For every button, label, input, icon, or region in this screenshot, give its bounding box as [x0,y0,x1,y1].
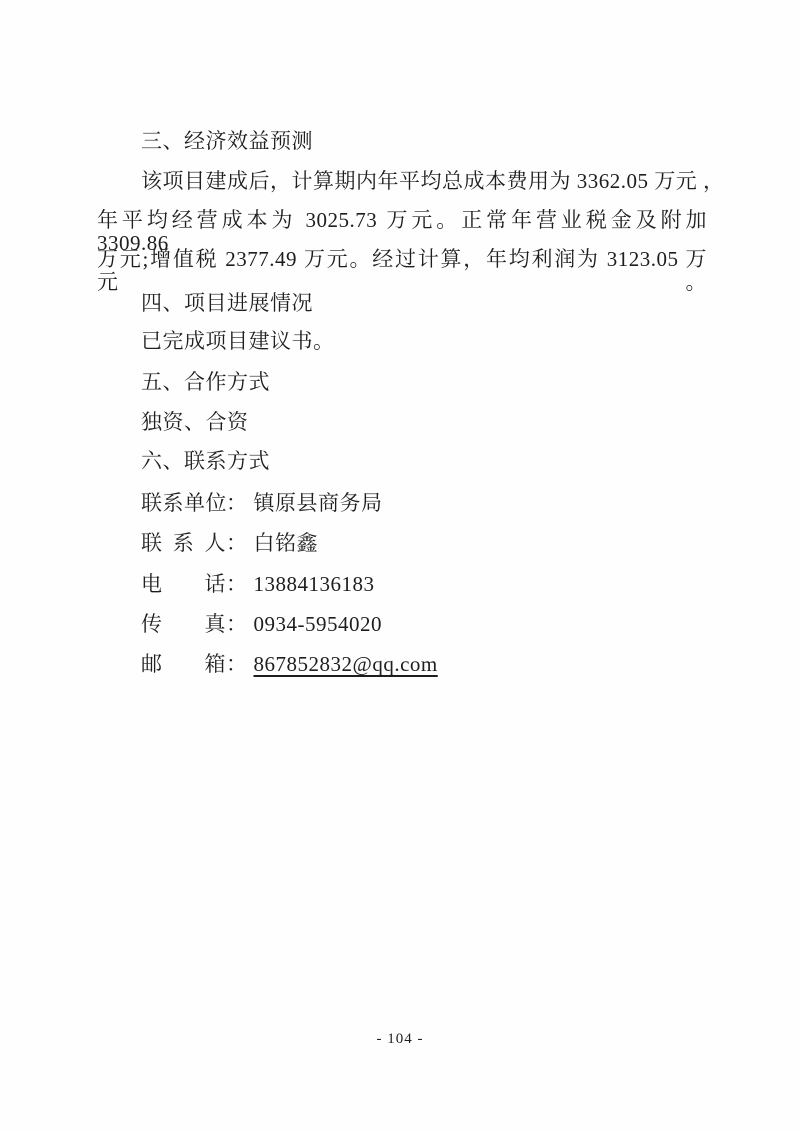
contact-label-email: 邮箱 [141,653,226,676]
document-page: 三、经济效益预测 该项目建成后，计算期内年平均总成本费用为 3362.05 万元… [0,0,800,1131]
contact-person-value: 白铭鑫 [254,532,319,555]
section3-heading: 三、经济效益预测 [141,130,313,153]
contact-label-unit: 联系单位 [141,492,226,515]
section5-heading: 五、合作方式 [141,371,270,394]
contact-label-phone: 电话 [141,573,226,596]
contact-label-fax: 传真 [141,613,226,636]
contact-row-email: 邮箱：867852832@qq.com [141,653,438,676]
section4-heading: 四、项目进展情况 [141,292,313,315]
section6-heading: 六、联系方式 [141,450,270,473]
contact-label-person: 联系人 [141,532,226,555]
contact-colon: ： [226,532,248,555]
section3-paragraph-line-3: 万元;增值税 2377.49 万元。经过计算，年均利润为 3123.05 万元。 [97,248,707,294]
contact-fax-value: 0934-5954020 [254,613,383,636]
contact-phone-value: 13884136183 [254,573,375,596]
contact-colon: ： [226,492,248,515]
section5-body: 独资、合资 [141,411,249,434]
contact-colon: ： [226,573,248,596]
contact-row-fax: 传真：0934-5954020 [141,613,382,636]
contact-row-phone: 电话：13884136183 [141,573,375,596]
email-link[interactable]: 867852832@qq.com [254,653,438,676]
section3-paragraph-line-1: 该项目建成后，计算期内年平均总成本费用为 3362.05 万元 ， [141,170,725,193]
contact-colon: ： [226,613,248,636]
page-number: - 104 - [0,1031,800,1048]
contact-colon: ： [226,653,248,676]
contact-row-person: 联系人：白铭鑫 [141,532,318,555]
contact-unit-value: 镇原县商务局 [254,492,383,515]
contact-row-unit: 联系单位：镇原县商务局 [141,492,383,515]
section4-body: 已完成项目建议书。 [141,330,335,353]
